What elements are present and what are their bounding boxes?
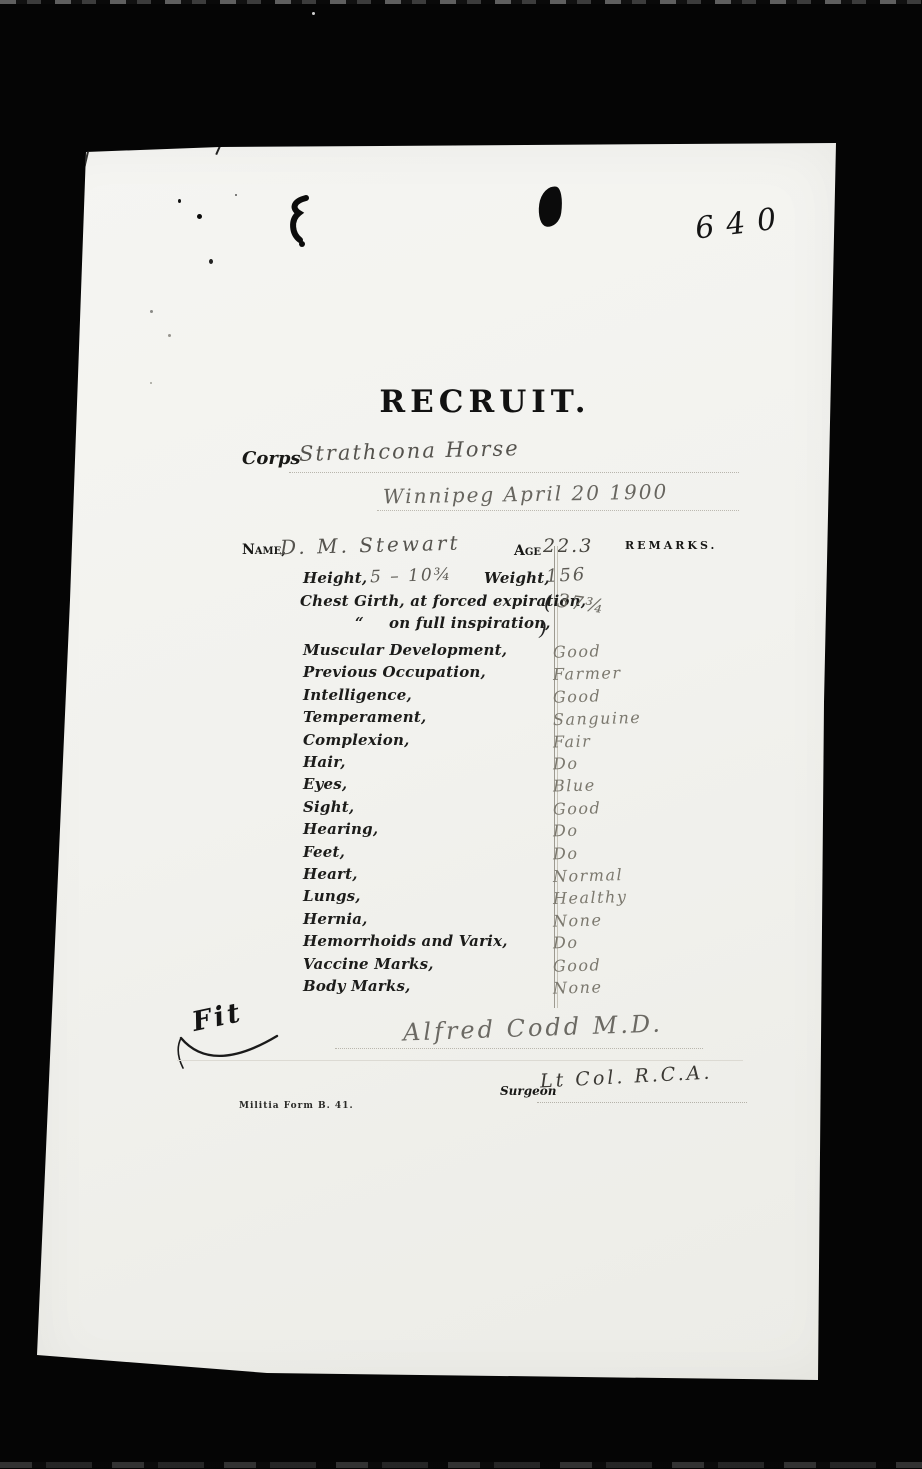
field-label: Complexion, [303, 731, 410, 749]
ink-speck [235, 194, 237, 196]
form-row: Sight, Good [37, 798, 837, 820]
field-value-handwritten: Good [553, 798, 602, 818]
form-row: Heart, Normal [37, 865, 837, 887]
form-number: Militia Form B. 41. [239, 1101, 354, 1111]
field-label: Sight, [303, 798, 354, 816]
form-row: Body Marks, None [37, 977, 837, 999]
fitness-note-flourish [175, 1030, 285, 1072]
edge-tear-mark [215, 146, 220, 155]
scan-edge-strip-bottom [0, 1462, 922, 1468]
field-label: Vaccine Marks, [303, 955, 434, 973]
field-value-handwritten: Farmer [553, 663, 622, 684]
document-paper: 640 RECRUIT. Corps Strathcona Horse Winn… [37, 142, 837, 1382]
form-row: Vaccine Marks, Good [37, 955, 837, 977]
field-value-handwritten: Good [553, 686, 602, 706]
name-value-handwritten: D. M. Stewart [280, 531, 461, 560]
form-row: Hair, Do [37, 753, 837, 775]
weight-value-handwritten: 156 [545, 564, 586, 587]
field-value-handwritten: Normal [553, 865, 624, 886]
field-label: Feet, [303, 843, 345, 861]
field-value-handwritten: Sanguine [553, 708, 642, 729]
chest-girth-inspiration-label: on full inspiration, [389, 614, 551, 632]
form-row: Intelligence, Good [37, 686, 837, 708]
scan-edge-strip-top [0, 0, 922, 4]
field-label: Intelligence, [303, 686, 412, 704]
field-value-handwritten: Do [553, 821, 579, 841]
field-value-handwritten: Good [553, 641, 602, 661]
height-weight-row: Height, 5 – 10¾ Weight, 156 [37, 569, 837, 591]
form-row: Hearing, Do [37, 820, 837, 842]
field-value-handwritten: Do [553, 933, 579, 953]
field-label: Temperament, [303, 708, 426, 726]
ink-speck [178, 199, 181, 203]
field-value-handwritten: Good [553, 955, 602, 975]
corner-fold-mark [81, 151, 89, 178]
field-value-handwritten: None [553, 910, 603, 930]
height-value-handwritten: 5 – 10¾ [370, 565, 453, 588]
form-row: Lungs, Healthy [37, 887, 837, 909]
remarks-column-header: REMARKS. [625, 539, 717, 552]
field-value-handwritten: Blue [553, 776, 596, 796]
scanned-page: 640 RECRUIT. Corps Strathcona Horse Winn… [0, 0, 922, 1469]
ink-blot-squiggle [285, 194, 313, 250]
ink-speck [197, 214, 202, 219]
page-title: RECRUIT. [373, 384, 597, 420]
field-label: Hearing, [303, 820, 378, 838]
form-row: Feet, Do [37, 843, 837, 865]
field-value-handwritten: Fair [553, 731, 592, 751]
form-row: Temperament, Sanguine [37, 708, 837, 730]
height-label: Height, [303, 569, 367, 587]
field-value-handwritten: Do [553, 843, 579, 863]
ink-speck [168, 334, 171, 337]
field-label: Hemorrhoids and Varix, [303, 932, 508, 950]
place-date-handwritten: Winnipeg April 20 1900 [383, 480, 669, 509]
archive-number-handwritten: 640 [693, 200, 790, 246]
form-row: Hernia, None [37, 910, 837, 932]
field-label: Eyes, [303, 775, 347, 793]
weight-label: Weight, [484, 569, 550, 587]
field-value-handwritten: None [553, 977, 603, 997]
chest-girth-inspiration-row: “ on full inspiration, ) [37, 614, 837, 636]
ink-speck [150, 382, 152, 384]
field-label: Previous Occupation, [303, 663, 486, 681]
field-label: Hair, [303, 753, 346, 771]
field-value-handwritten: Do [553, 754, 579, 774]
ditto-mark: “ [355, 614, 364, 632]
form-row: Complexion, Fair [37, 731, 837, 753]
field-label: Lungs, [303, 887, 361, 905]
faint-pencil-rule [177, 1060, 743, 1061]
form-row: Muscular Development, Good [37, 641, 837, 663]
ink-blot [536, 185, 564, 229]
age-value-handwritten: 22.3 [543, 535, 593, 557]
bracket-close: ) [539, 616, 547, 640]
field-label: Body Marks, [303, 977, 411, 995]
ink-speck [209, 259, 213, 264]
bracket-open: ( [544, 590, 552, 614]
form-row: Eyes, Blue [37, 775, 837, 797]
dust-speck [312, 12, 315, 15]
form-row: Previous Occupation, Farmer [37, 663, 837, 685]
field-label: Hernia, [303, 910, 368, 928]
field-label: Heart, [303, 865, 358, 883]
field-value-handwritten: Healthy [553, 887, 628, 908]
chest-girth-expiration-row: Chest Girth, at forced expiration, ( [37, 592, 837, 614]
field-label: Muscular Development, [303, 641, 507, 659]
form-row: Hemorrhoids and Varix, Do [37, 932, 837, 954]
ink-speck [150, 310, 153, 313]
examination-fields: Muscular Development, Good Previous Occu… [37, 641, 837, 1021]
age-label: Age [514, 543, 541, 559]
